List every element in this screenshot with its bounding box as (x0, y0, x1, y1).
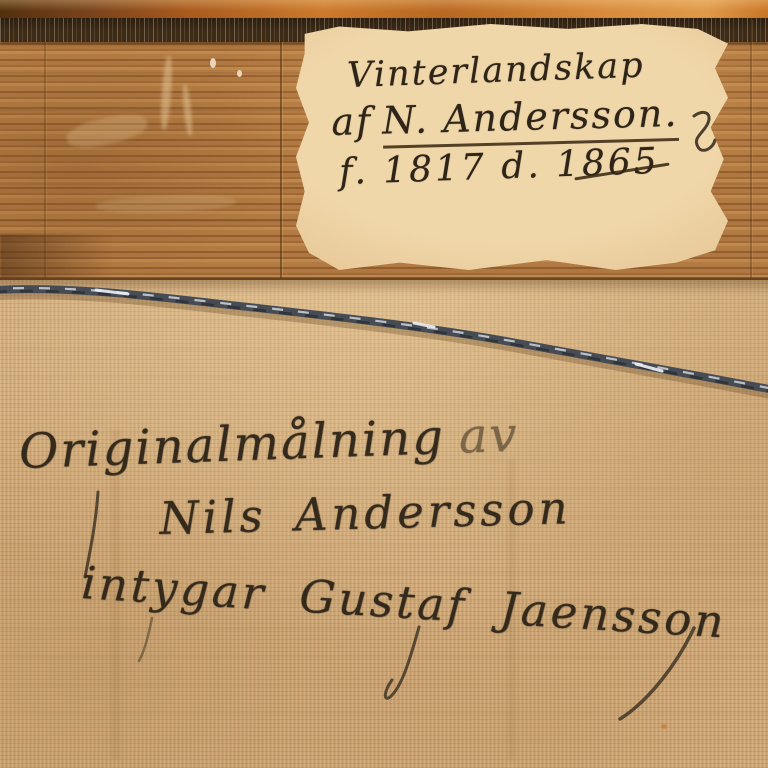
label-byline: afN. Andersson. (331, 91, 679, 144)
label-artist-name: N. Andersson. (382, 91, 680, 149)
label-title: Vinterlandskap (347, 46, 646, 96)
inscription-line2: Nils Andersson (159, 481, 572, 545)
wood-scuff (64, 110, 150, 152)
label-byline-prefix: af (331, 99, 373, 144)
wood-speck (210, 58, 216, 68)
wood-stain (0, 234, 112, 278)
wood-speck (237, 70, 242, 77)
wood-seam (750, 20, 752, 278)
wood-scuff (159, 56, 173, 130)
inscription-line3-lead: intygar (80, 556, 268, 620)
label-life-dates: f. 1817 d. 1865 (339, 141, 661, 193)
paper-label: Vinterlandskap afN. Andersson. f. 1817 d… (296, 24, 728, 270)
inscription-line1-tail: av (458, 407, 520, 465)
wood-seam (280, 42, 282, 278)
wood-scuff (96, 194, 236, 215)
paint-speck (661, 724, 667, 729)
frame-edge (0, 0, 768, 20)
stretcher-shadow (0, 277, 768, 294)
wood-scuff (181, 84, 193, 136)
photo-back-of-painting: Vinterlandskap afN. Andersson. f. 1817 d… (0, 0, 768, 768)
